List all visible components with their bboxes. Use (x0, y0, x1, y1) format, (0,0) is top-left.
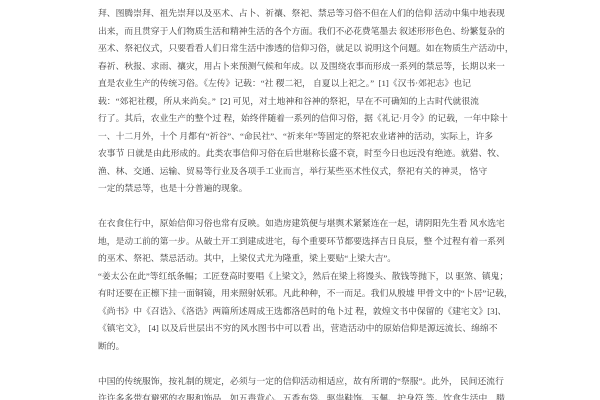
text-line: 一定的禁忌等，也是十分普遍的现象。 (98, 180, 518, 198)
text-block: 中国的传统服饰，按礼制的规定，必须与一定的信仰活动相适应，故有所谓的“祭服”。此… (98, 373, 518, 400)
text-line: 《镇宅文》， [4] 以及后世层出不穷的风水图书中可以看 出，营造活动中的原始信… (98, 320, 518, 338)
text-line: “姜太公在此”等红纸条幅；工匠登高时要唱《上梁文》，然后在梁上将馒头、散钱等抛下… (98, 268, 518, 286)
text-line: 断的。 (98, 338, 518, 356)
text-line: 的巫术、祭祀、禁忌活动。其中，上梁仪式尤为隆重，梁上要贴“上梁大吉”。 (98, 250, 518, 268)
text-line: 农事节 日就是由此形成的。此类农事信仰习俗在后世堪称长盛不衰，时至今日也远没有绝… (98, 145, 518, 163)
text-line: 《尚书》中《召诰》、《洛诰》两篇所述周成王选都洛邑时的龟卜过 程，敦煌文书中保留… (98, 303, 518, 321)
screenshot-root: { "document": { "background": "#ffffff",… (0, 0, 600, 400)
text-line: 出来，而且贯穿于人们物质生活和精神生活的各个方面。我们不必花费笔墨去 叙述形形色… (98, 23, 518, 41)
text-line: 行了。其后，农业生产的整个过 程，始终伴随着一系列的信仰习俗，据《礼记·月令》的… (98, 110, 518, 128)
text-line: 许许多多带有避邪的衣服和饰品，如五毒背心、五香布袋、驱祟鞋饰、玉佩、护身符 等。… (98, 390, 518, 400)
text-block: 拜、图腾崇拜、祖先崇拜以及巫术、占卜、祈禳、祭祀、禁忌等习俗不但在人们的信仰 活… (98, 5, 518, 198)
text-line: 地，是动工前的第一步。从破土开工到建成进宅，每个重要环节都要选择吉日良辰，整 个… (98, 233, 518, 251)
text-line: 载：“郊祀社稷，所从来尚矣。” [2] 可见，对土地神和谷神的祭祀，早在不可确知… (98, 93, 518, 111)
text-block: 在衣食住行中，原始信仰习俗也常有反映。如造房建筑便与堪舆术紧紧连在一起，请阴阳先… (98, 215, 518, 355)
document-page: 拜、图腾崇拜、祖先崇拜以及巫术、占卜、祈禳、祭祀、禁忌等习俗不但在人们的信仰 活… (98, 5, 518, 400)
text-line: 春祈、秋报、求雨、禳灾，用占卜来预测气候和年成。以 及围绕农事而形成一系列的禁忌… (98, 58, 518, 76)
text-line: 渔、林、交通、运输、贸易等行业及各项手工业而言，举行某些巫术性仪式，祭祀有关的神… (98, 163, 518, 181)
text-line: 中国的传统服饰，按礼制的规定，必须与一定的信仰活动相适应，故有所谓的“祭服”。此… (98, 373, 518, 391)
text-line: 巫术、祭祀仪式，只要看看人们日常生活中渗透的信仰习俗，就足以 说明这个问题。如在… (98, 40, 518, 58)
text-line: 一、十二月外，十个 月都有“祈谷”、“命民社”、“祈来年”等固定的祭祀农业诸神的… (98, 128, 518, 146)
text-line: 在衣食住行中，原始信仰习俗也常有反映。如造房建筑便与堪舆术紧紧连在一起，请阴阳先… (98, 215, 518, 233)
text-line: 直是农业生产的传统习俗。《左传》记载：“社 稷二祀， 自夏以上祀之。” [1]《… (98, 75, 518, 93)
text-line: 拜、图腾崇拜、祖先崇拜以及巫术、占卜、祈禳、祭祀、禁忌等习俗不但在人们的信仰 活… (98, 5, 518, 23)
text-line: 有时还要在正檩下挂一面铜镜，用来照射妖邪。凡此种种，不一而足。我们从殷墟 甲骨文… (98, 285, 518, 303)
